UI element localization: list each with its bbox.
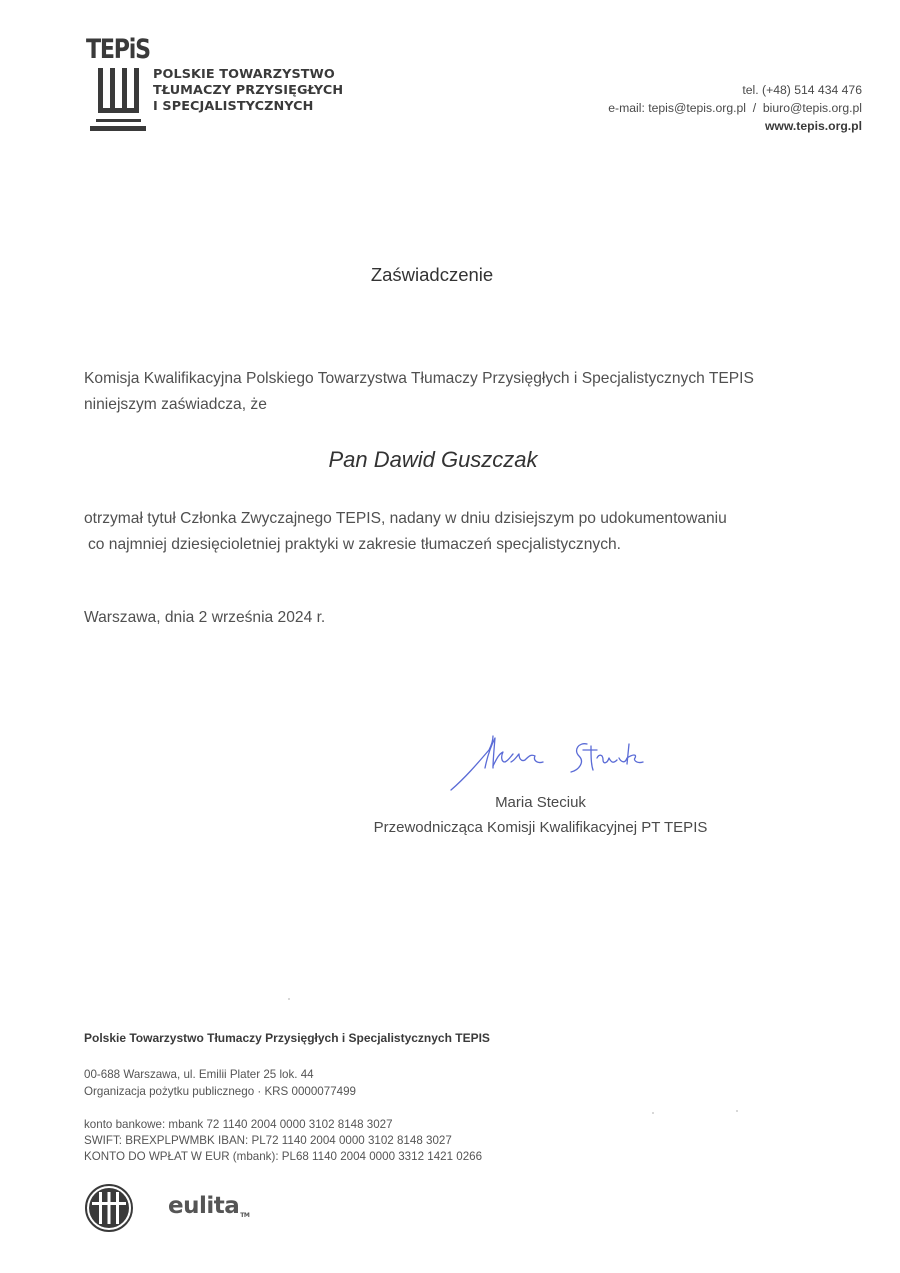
document-title: Zaświadczenie	[0, 264, 864, 286]
fit-logo-icon	[84, 1183, 134, 1233]
email[interactable]: e-mail: tepis@tepis.org.pl / biuro@tepis…	[608, 99, 862, 117]
trademark-mark: TM	[240, 1212, 249, 1219]
scan-speck	[652, 1112, 654, 1114]
scan-speck	[736, 1110, 738, 1112]
phone: tel. (+48) 514 434 476	[608, 81, 862, 99]
eulita-logo: eulitaTM	[168, 1193, 249, 1219]
eur-account-line: KONTO DO WPŁAT W EUR (mbank): PL68 1140 …	[84, 1149, 482, 1165]
body-line: otrzymał tytuł Członka Zwyczajnego TEPIS…	[84, 506, 727, 532]
signer-name: Maria Steciuk	[0, 794, 900, 811]
column-logo-icon	[88, 68, 148, 132]
org-name-line: I SPECJALISTYCZNYCH	[153, 99, 343, 115]
footer-bank-details: konto bankowe: mbank 72 1140 2004 0000 3…	[84, 1117, 482, 1165]
signer-role: Przewodnicząca Komisji Kwalifikacyjnej P…	[0, 819, 900, 836]
org-name-line: POLSKIE TOWARZYSTWO	[153, 67, 343, 83]
intro-line: niniejszym zaświadcza, że	[84, 392, 754, 418]
contact-block: tel. (+48) 514 434 476 e-mail: tepis@tep…	[608, 81, 862, 135]
swift-iban-line: SWIFT: BREXPLPWMBK IBAN: PL72 1140 2004 …	[84, 1133, 482, 1149]
address-line: 00-688 Warszawa, ul. Emilii Plater 25 lo…	[84, 1066, 356, 1083]
body-paragraph: otrzymał tytuł Członka Zwyczajnego TEPIS…	[84, 506, 727, 558]
website-link[interactable]: www.tepis.org.pl	[608, 117, 862, 135]
body-line: co najmniej dziesięcioletniej praktyki w…	[84, 532, 727, 558]
intro-paragraph: Komisja Kwalifikacyjna Polskiego Towarzy…	[84, 366, 754, 418]
eulita-wordmark: eulita	[168, 1193, 239, 1219]
org-name: POLSKIE TOWARZYSTWO TŁUMACZY PRZYSIĘGŁYC…	[153, 67, 343, 115]
bank-account-line: konto bankowe: mbank 72 1140 2004 0000 3…	[84, 1117, 482, 1133]
scan-speck	[288, 998, 290, 1000]
footer-address: 00-688 Warszawa, ul. Emilii Plater 25 lo…	[84, 1066, 356, 1100]
signature-icon	[447, 728, 647, 796]
intro-line: Komisja Kwalifikacyjna Polskiego Towarzy…	[84, 366, 754, 392]
tepis-logo-wordmark: TEPiS	[86, 34, 150, 65]
footer-org-name: Polskie Towarzystwo Tłumaczy Przysięgłyc…	[84, 1031, 490, 1045]
recipient-name: Pan Dawid Guszczak	[0, 447, 866, 473]
place-date: Warszawa, dnia 2 września 2024 r.	[84, 609, 325, 627]
krs-line: Organizacja pożytku publicznego · KRS 00…	[84, 1083, 356, 1100]
org-name-line: TŁUMACZY PRZYSIĘGŁYCH	[153, 83, 343, 99]
